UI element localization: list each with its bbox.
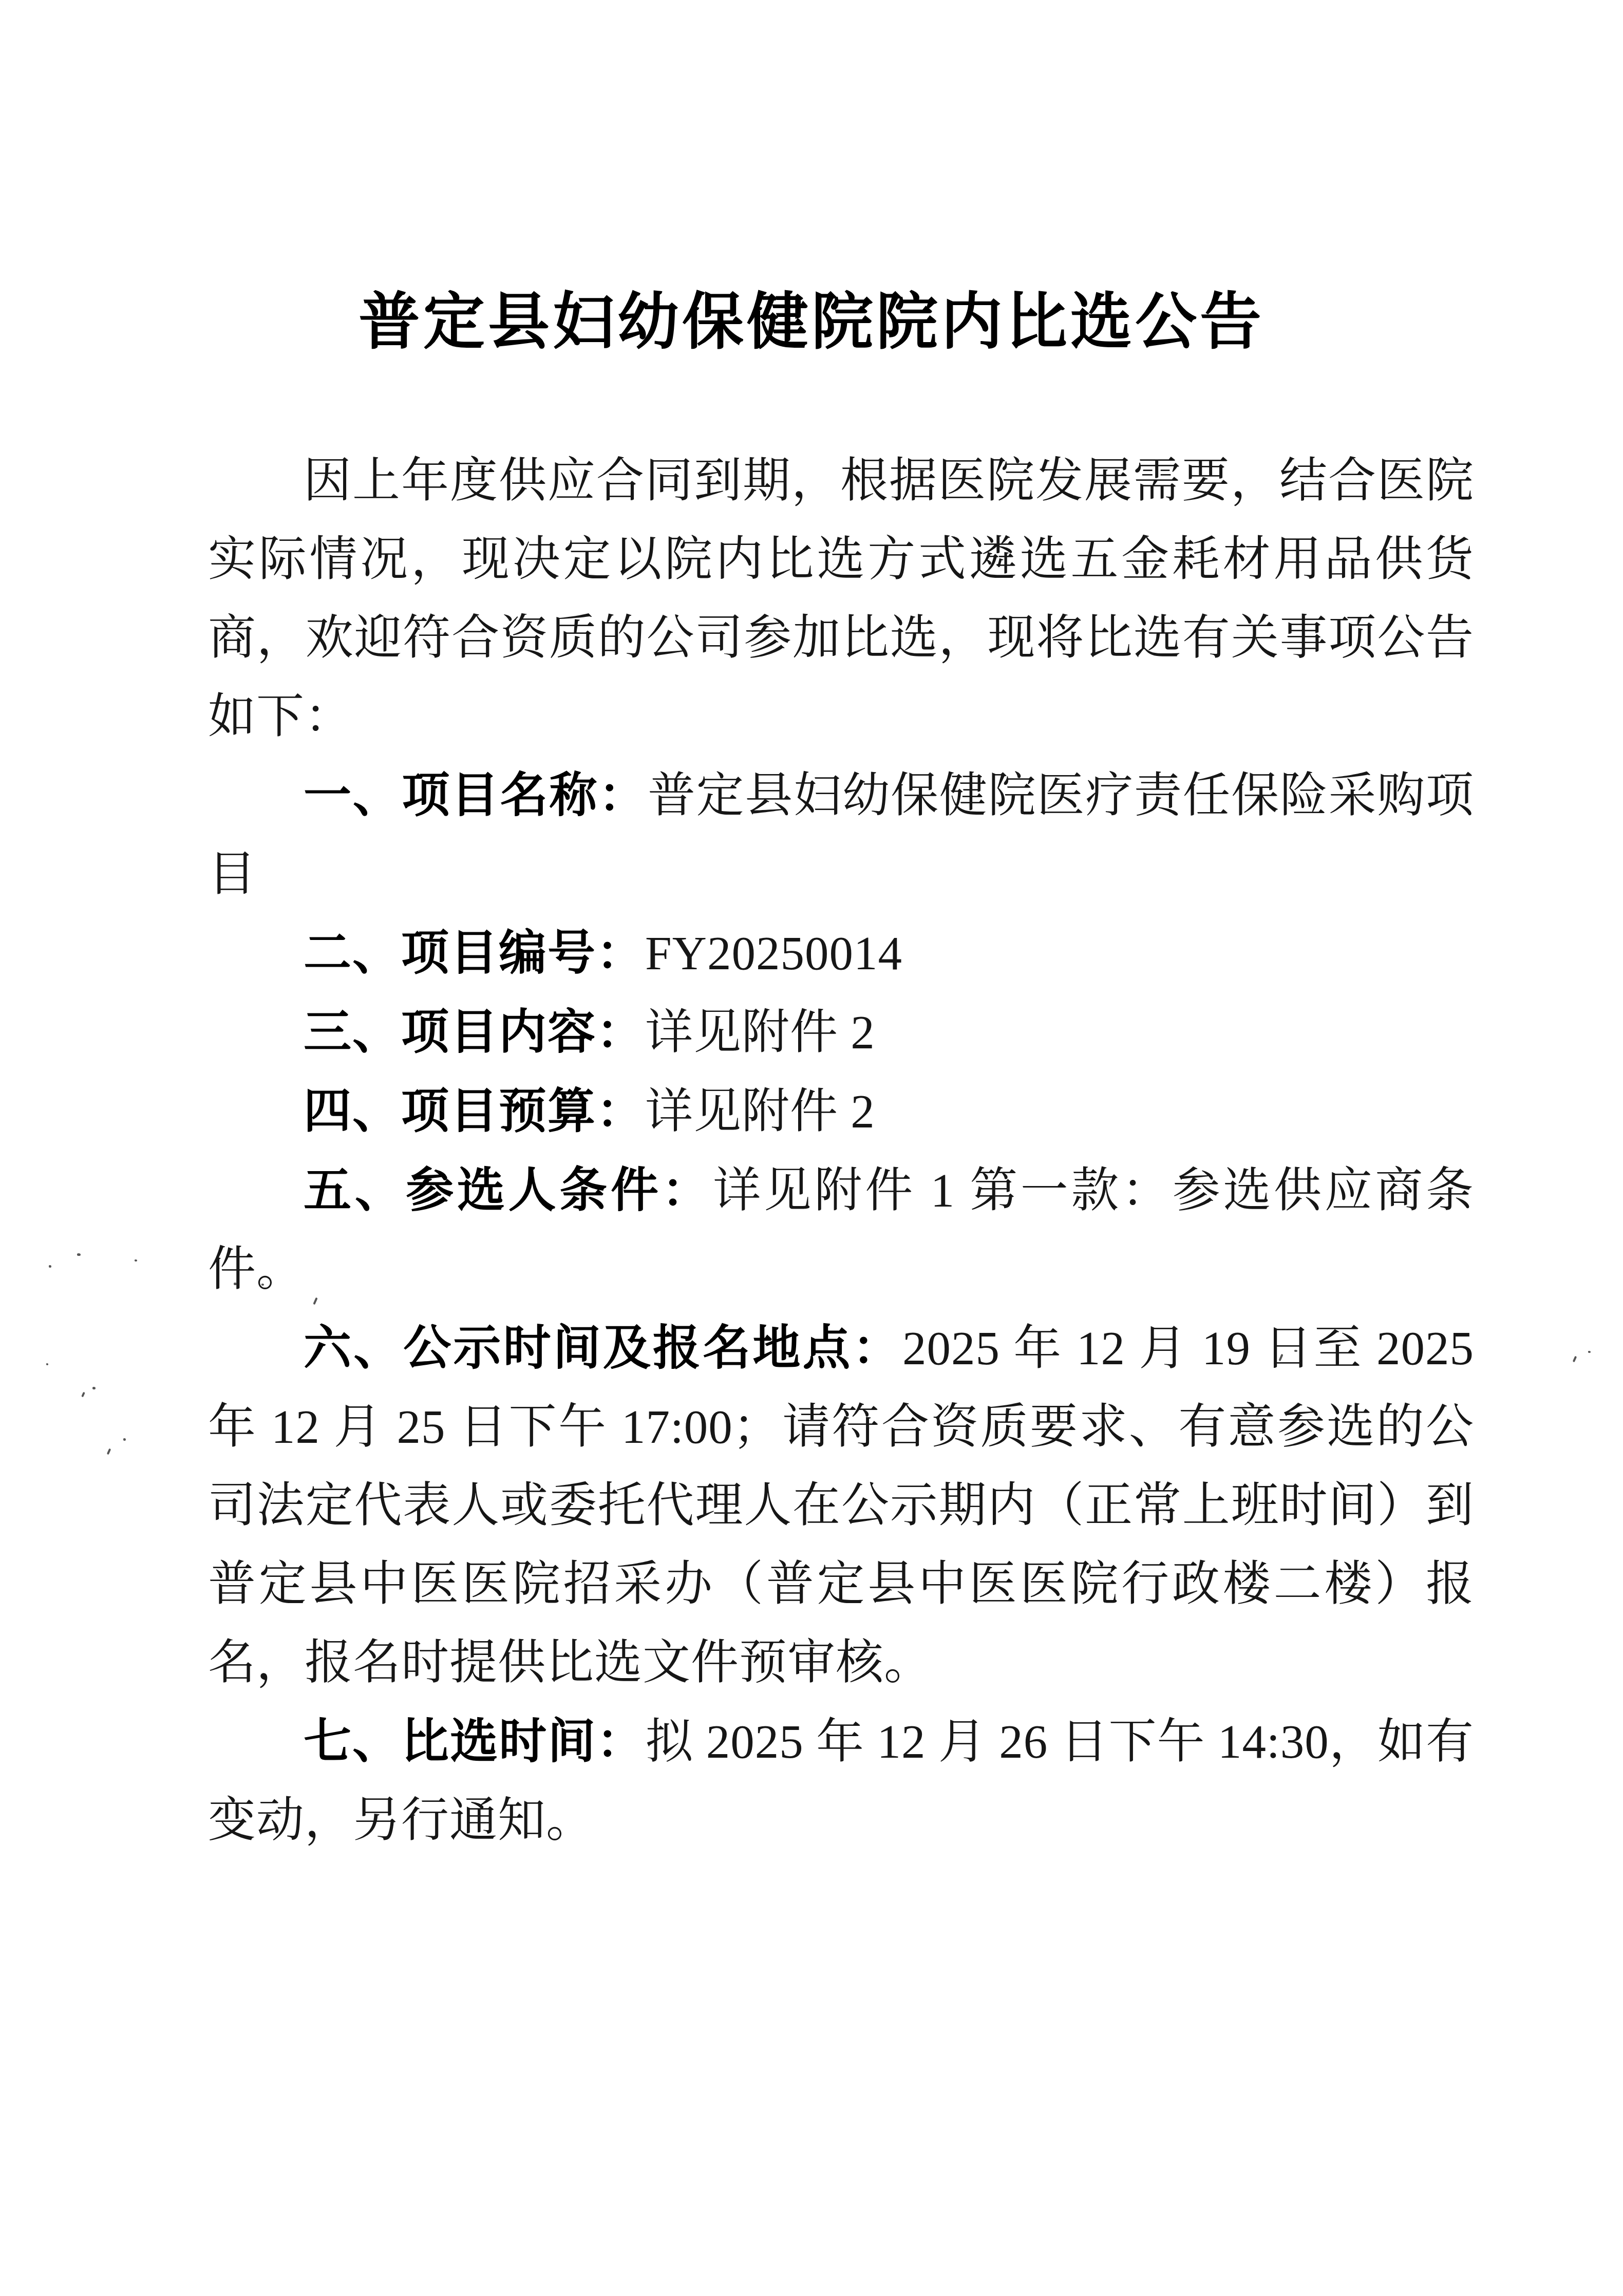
item-selection-time: 七、比选时间：拟 2025 年 12 月 26 日下午 14:30，如有变动，另… (208, 1702, 1474, 1860)
document-page: 普定县妇幼保健院院内比选公告 因上年度供应合同到期，根据医院发展需要，结合医院实… (0, 0, 1623, 2296)
intro-text: 因上年度供应合同到期，根据医院发展需要，结合医院实际情况，现决定以院内比选方式遴… (208, 455, 1474, 743)
item-project-content-label: 三、项目内容： (304, 1005, 645, 1059)
item-project-name: 一、项目名称：普定县妇幼保健院医疗责任保险采购项目 (208, 756, 1474, 914)
item-project-content-text: 详见附件 2 (645, 1006, 875, 1059)
item-participant-conditions-label: 五、参选人条件： (304, 1163, 713, 1217)
item-project-budget-label: 四、项目预算： (304, 1084, 645, 1138)
item-project-number-text: FY20250014 (645, 927, 902, 980)
intro-paragraph: 因上年度供应合同到期，根据医院发展需要，结合医院实际情况，现决定以院内比选方式遴… (208, 442, 1474, 756)
item-project-number: 二、项目编号：FY20250014 (208, 914, 1474, 993)
item-project-number-label: 二、项目编号： (304, 926, 645, 980)
scan-speck (46, 1363, 48, 1365)
item-publicity-time-location-label: 六、公示时间及报名地点： (304, 1321, 902, 1375)
scan-speck (1588, 1351, 1591, 1353)
scan-speck (261, 1284, 264, 1286)
item-project-budget: 四、项目预算：详见附件 2 (208, 1072, 1474, 1151)
document-title: 普定县妇幼保健院院内比选公告 (0, 0, 1623, 360)
item-project-name-label: 一、项目名称： (304, 768, 648, 822)
scan-speck (135, 1259, 137, 1262)
item-project-content: 三、项目内容：详见附件 2 (208, 993, 1474, 1072)
scan-speck (92, 1387, 96, 1389)
scan-speck (1294, 1350, 1297, 1352)
scan-speck (123, 1438, 126, 1441)
item-selection-time-label: 七、比选时间： (304, 1715, 645, 1768)
scan-speck (234, 1283, 237, 1285)
scan-speck (77, 1253, 81, 1256)
item-publicity-time-location: 六、公示时间及报名地点：2025 年 12 月 19 日至 2025 年 12 … (208, 1309, 1474, 1702)
item-publicity-time-location-text: 2025 年 12 月 19 日至 2025 年 12 月 25 日下午 17:… (208, 1322, 1474, 1689)
document-body: 因上年度供应合同到期，根据医院发展需要，结合医院实际情况，现决定以院内比选方式遴… (0, 442, 1623, 1860)
scan-speck (49, 1265, 51, 1268)
item-participant-conditions: 五、参选人条件：详见附件 1 第一款：参选供应商条件。 (208, 1151, 1474, 1309)
item-project-budget-text: 详见附件 2 (645, 1085, 875, 1138)
